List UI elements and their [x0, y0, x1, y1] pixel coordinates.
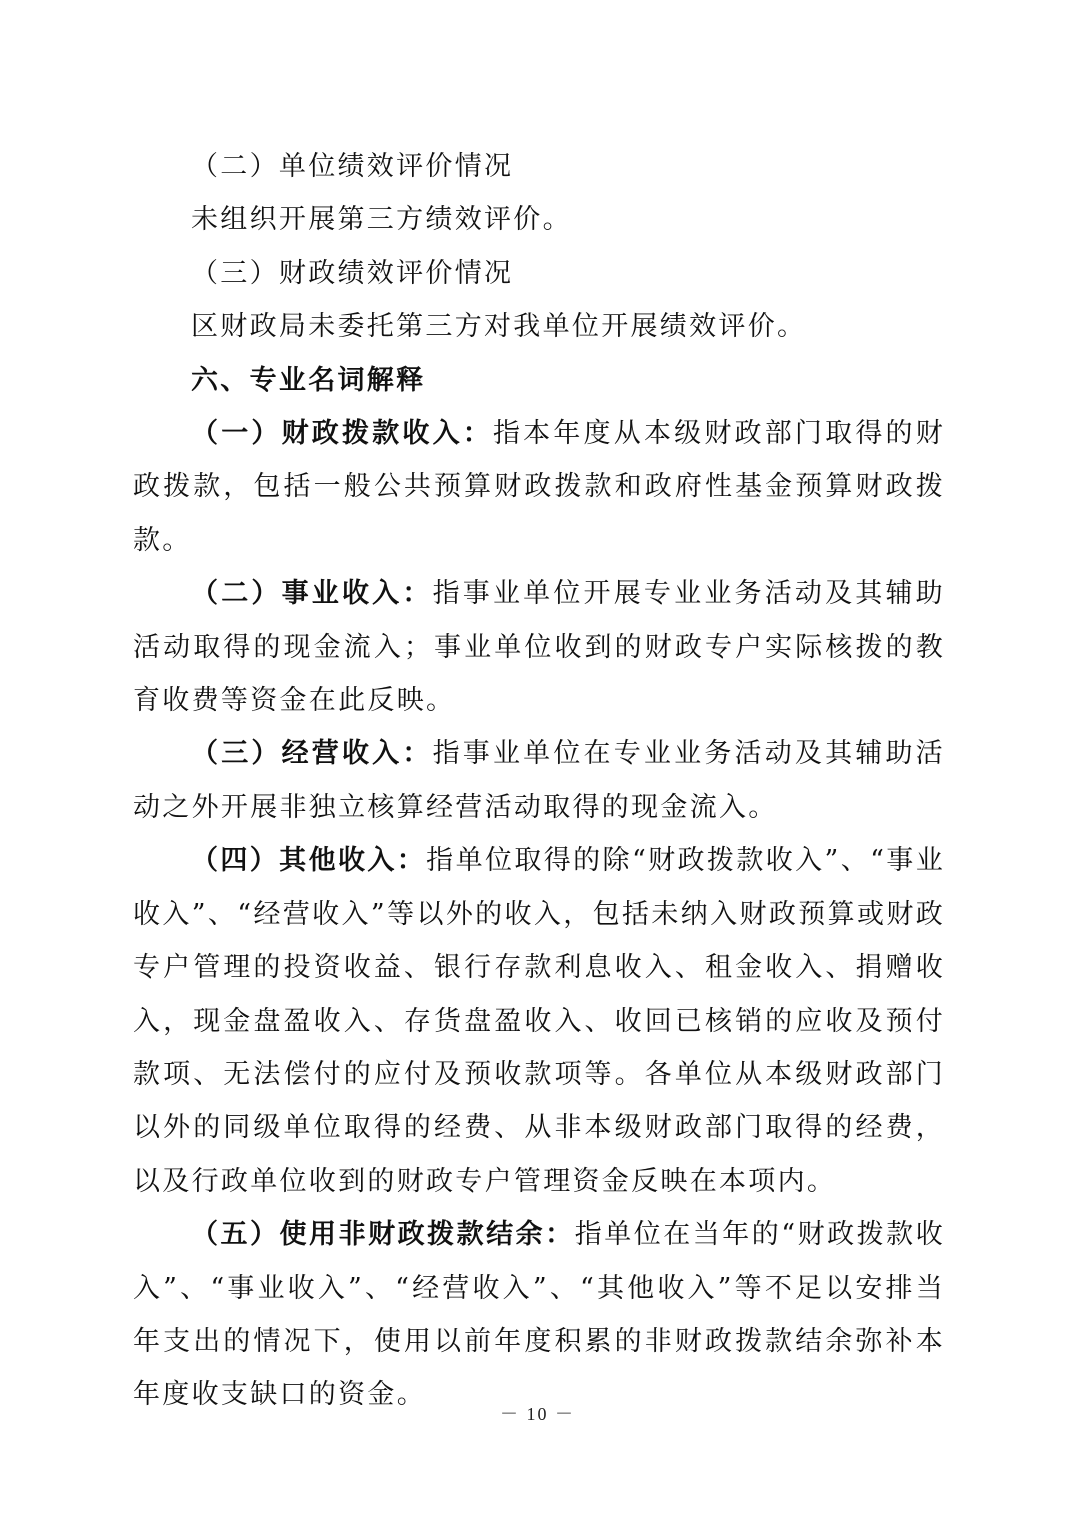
definition-term: （二）事业收入：: [191, 578, 433, 609]
paragraph-fiscal-performance-evaluation: 区财政局未委托第三方对我单位开展绩效评价。: [133, 300, 945, 353]
definition-fiscal-appropriation-income: （一）财政拨款收入：指本年度从本级财政部门取得的财政拨款，包括一般公共预算财政拨…: [133, 407, 945, 567]
definition-term: （一）财政拨款收入：: [191, 418, 493, 449]
definition-term: （四）其他收入：: [191, 845, 426, 876]
sub-heading-unit-performance-evaluation: （二）单位绩效评价情况: [133, 140, 945, 193]
definition-other-income: （四）其他收入：指单位取得的除“财政拨款收入”、“事业收入”、“经营收入”等以外…: [133, 834, 945, 1208]
definition-business-income: （二）事业收入：指事业单位开展专业业务活动及其辅助活动取得的现金流入；事业单位收…: [133, 567, 945, 727]
paragraph-unit-performance-evaluation: 未组织开展第三方绩效评价。: [133, 193, 945, 246]
definition-text: 指单位取得的除“财政拨款收入”、“事业收入”、“经营收入”等以外的收入，包括未纳…: [133, 845, 945, 1196]
definition-term: （三）经营收入：: [191, 738, 433, 769]
definition-term: （五）使用非财政拨款结余：: [191, 1219, 575, 1250]
section-heading-glossary: 六、专业名词解释: [133, 354, 945, 407]
sub-heading-fiscal-performance-evaluation: （三）财政绩效评价情况: [133, 247, 945, 300]
document-page: （二）单位绩效评价情况 未组织开展第三方绩效评价。 （三）财政绩效评价情况 区财…: [133, 140, 945, 1422]
definition-operating-income: （三）经营收入：指事业单位在专业业务活动及其辅助活动之外开展非独立核算经营活动取…: [133, 727, 945, 834]
definition-non-fiscal-surplus-usage: （五）使用非财政拨款结余：指单位在当年的“财政拨款收入”、“事业收入”、“经营收…: [133, 1208, 945, 1422]
page-number: － 10 －: [0, 1400, 1075, 1426]
